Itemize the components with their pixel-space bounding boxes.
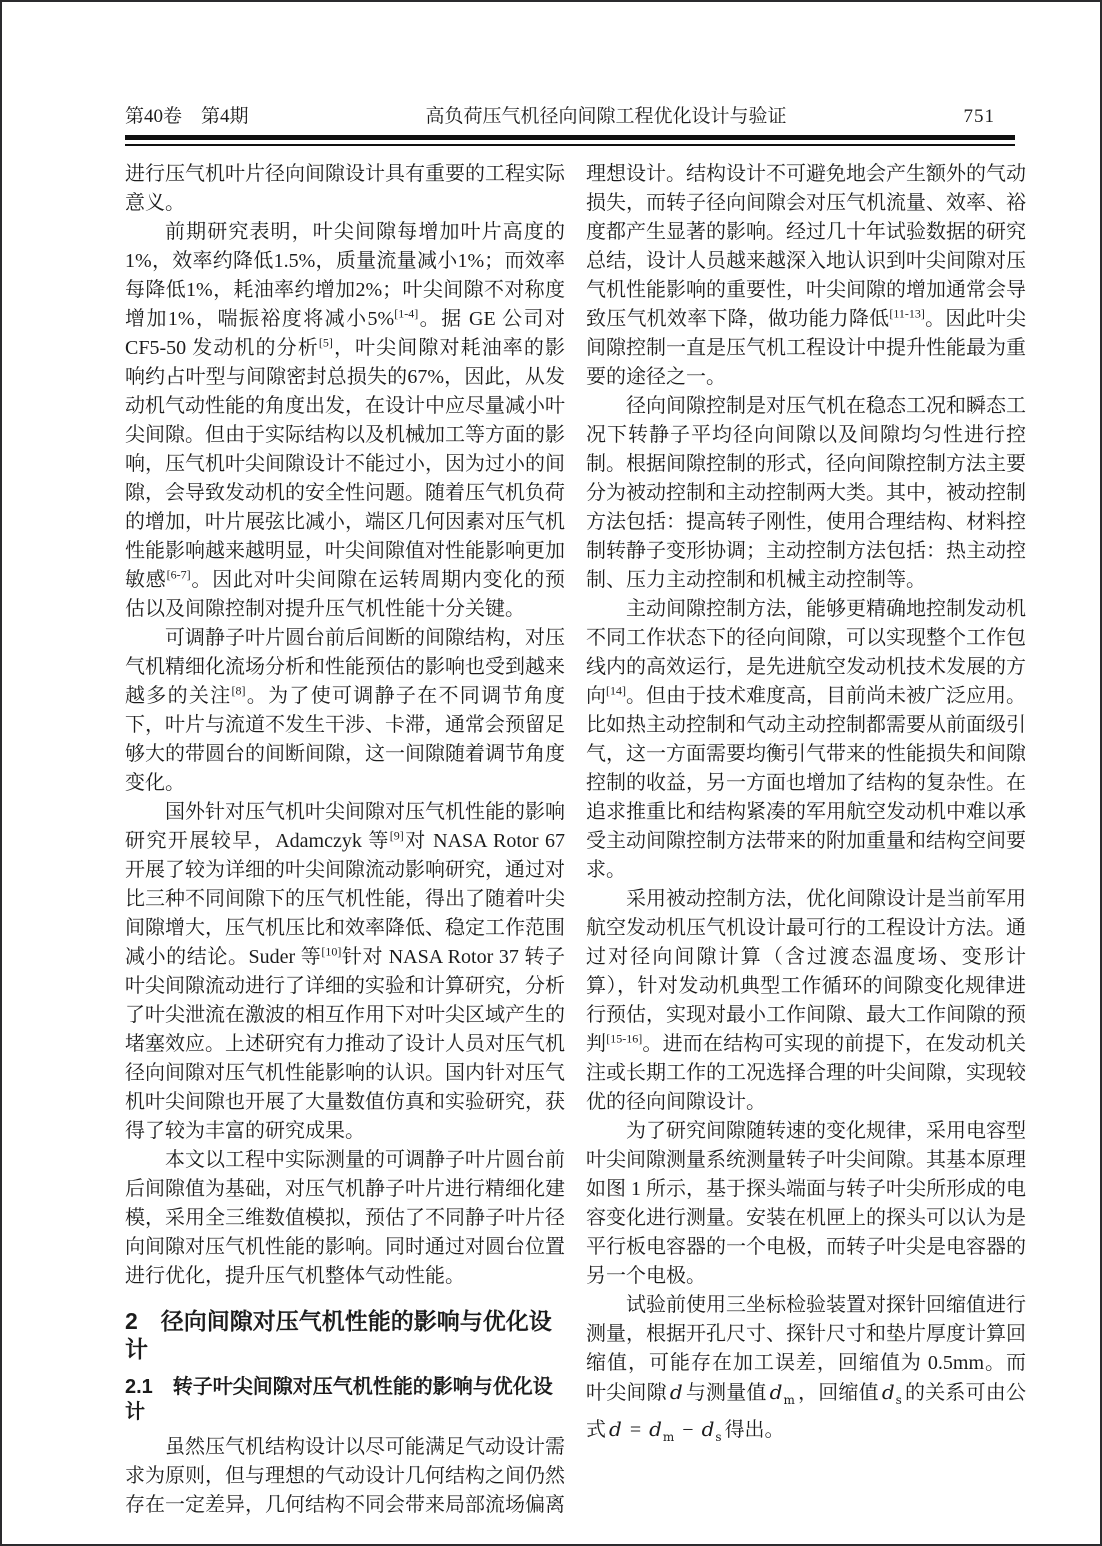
page-number: 751 [964, 106, 1016, 128]
section-heading: 2 径向间隙对压气机性能的影响与优化设计 [125, 1307, 565, 1363]
math-subscript: m [783, 1393, 794, 1407]
paragraph: 本文以工程中实际测量的可调静子叶片圆台前后间隙值为基础，对压气机静子叶片进行精细… [125, 1146, 565, 1291]
journal-page: 第40卷 第4期 高负荷压气机径向间隙工程优化设计与验证 751 进行压气机叶片… [0, 0, 1102, 1546]
paragraph: 理想设计。结构设计不可避免地会产生额外的气动损失，而转子径向间隙会对压气机流量、… [586, 160, 1026, 392]
paragraph: 虽然压气机结构设计以尽可能满足气动设计需求为原则，但与理想的气动设计几何结构之间… [125, 1433, 565, 1520]
math-subscript: s [896, 1393, 902, 1407]
citation-ref: [15-16] [606, 1031, 642, 1045]
running-title: 高负荷压气机径向间隙工程优化设计与验证 [426, 106, 787, 128]
citation-ref: [5] [319, 335, 333, 349]
citation-ref: [10] [321, 944, 341, 958]
subsection-heading: 2.1 转子叶尖间隙对压气机性能的影响与优化设计 [125, 1375, 565, 1425]
page-header: 第40卷 第4期 高负荷压气机径向间隙工程优化设计与验证 751 [125, 106, 1015, 128]
article-body: 进行压气机叶片径向间隙设计具有重要的工程实际意义。前期研究表明，叶尖间隙每增加叶… [125, 160, 1026, 1520]
paragraph: 前期研究表明，叶尖间隙每增加叶片高度的1%，效率约降低1.5%，质量流量减小1%… [125, 218, 565, 624]
header-rule-thick [125, 135, 1015, 140]
paragraph: 径向间隙控制是对压气机在稳态工况和瞬态工况下转静子平均径向间隙以及间隙均匀性进行… [586, 392, 1026, 595]
math-variable: dm [770, 1380, 795, 1404]
citation-ref: [1-4] [394, 306, 418, 320]
math-subscript: s [715, 1430, 721, 1444]
right-column: 理想设计。结构设计不可避免地会产生额外的气动损失，而转子径向间隙会对压气机流量、… [586, 160, 1026, 1520]
math-variable: ds [702, 1417, 722, 1441]
math-variable: ds [882, 1380, 902, 1404]
math-variable: d [609, 1417, 622, 1441]
citation-ref: [9] [390, 828, 404, 842]
paragraph: 国外针对压气机叶尖间隙对压气机性能的影响研究开展较早，Adamczyk 等[9]… [125, 798, 565, 1146]
math-subscript: m [663, 1430, 674, 1444]
citation-ref: [8] [232, 683, 246, 697]
citation-ref: [14] [606, 683, 626, 697]
paragraph: 主动间隙控制方法，能够更精确地控制发动机不同工作状态下的径向间隙，可以实现整个工… [586, 595, 1026, 885]
citation-ref: [6-7] [167, 567, 191, 581]
paragraph: 试验前使用三坐标检验装置对探针回缩值进行测量，根据开孔尺寸、探针尺寸和垫片厚度计… [586, 1291, 1026, 1452]
paragraph: 进行压气机叶片径向间隙设计具有重要的工程实际意义。 [125, 160, 565, 218]
citation-ref: [11-13] [889, 306, 925, 320]
math-variable: dm [649, 1417, 674, 1441]
math-variable: d [670, 1380, 683, 1404]
paragraph: 可调静子叶片圆台前后间断的间隙结构，对压气机精细化流场分析和性能预估的影响也受到… [125, 624, 565, 798]
volume-issue: 第40卷 第4期 [125, 106, 249, 128]
header-rule-thin [125, 144, 1015, 146]
left-column: 进行压气机叶片径向间隙设计具有重要的工程实际意义。前期研究表明，叶尖间隙每增加叶… [125, 160, 565, 1520]
paragraph: 为了研究间隙随转速的变化规律，采用电容型叶尖间隙测量系统测量转子叶尖间隙。其基本… [586, 1117, 1026, 1291]
paragraph: 采用被动控制方法，优化间隙设计是当前军用航空发动机压气机设计最可行的工程设计方法… [586, 885, 1026, 1117]
